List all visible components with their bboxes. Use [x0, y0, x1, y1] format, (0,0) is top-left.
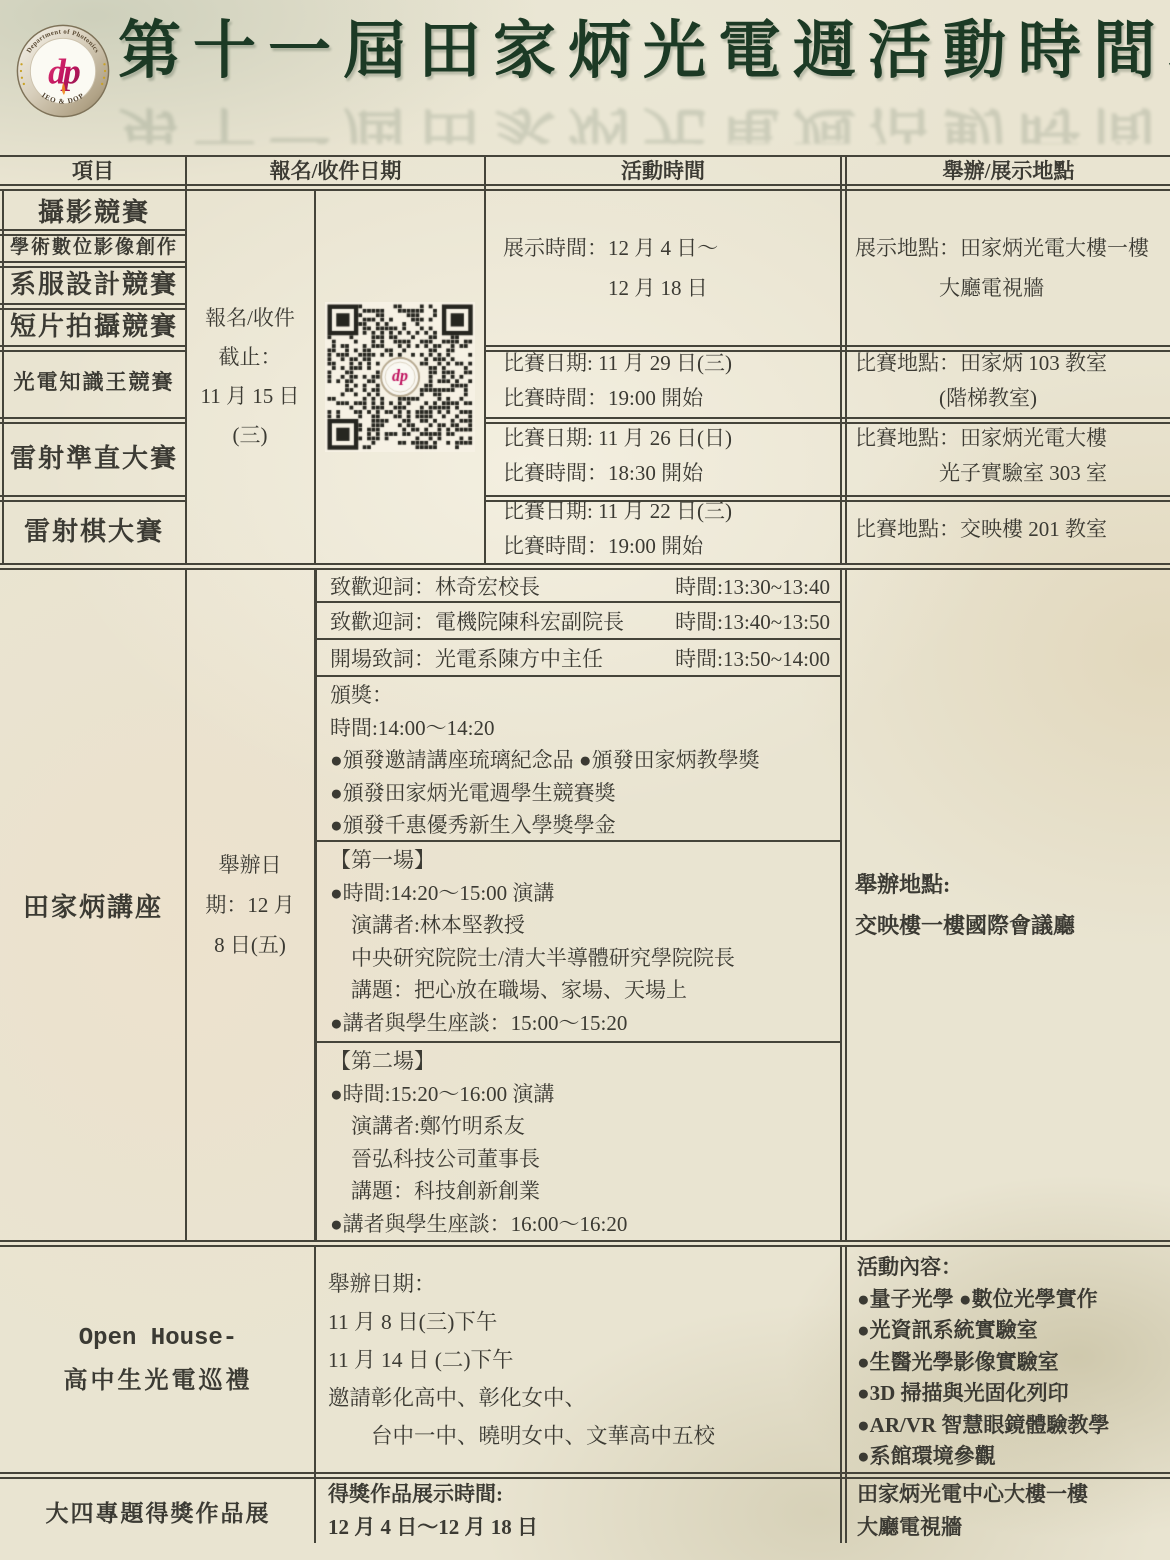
text-line: 11 月 15 日 — [186, 377, 314, 416]
grid-line — [840, 155, 847, 563]
registration-deadline: 報名/收件截止：11 月 15 日(三) — [186, 191, 314, 563]
text-line: 12 月 4 日～12 月 18 日 — [328, 1511, 840, 1544]
grid-line — [840, 1247, 847, 1543]
text-line: 11 月 8 日(三)下午 — [328, 1303, 840, 1341]
competition-item: 雷射棋大賽 — [4, 495, 184, 563]
senior-expo-title: 大四專題得獎作品展 — [0, 1479, 316, 1543]
speech-label: 致歡迎詞：林奇宏校長 — [330, 571, 540, 601]
department-logo: Department of Photonics IEO & DOP dp — [15, 23, 111, 119]
speech-time: 時間:13:50~14:00 — [675, 643, 830, 673]
speech-label: 致歡迎詞：電機院陳科宏副院長 — [330, 606, 624, 636]
text-line: 大廳電視牆 — [857, 1511, 1170, 1544]
display-venue: 展示地點：田家炳光電大樓一樓 大廳電視牆 — [847, 191, 1170, 345]
grid-line — [0, 184, 1170, 191]
match-time: 比賽日期: 11 月 29 日(三)比賽時間：19:00 開始 — [485, 345, 840, 417]
text-line: ●系館環境參觀 — [857, 1441, 1170, 1473]
text-line: 比賽日期: 11 月 26 日(日) — [503, 421, 840, 456]
text-line: 比賽時間：19:00 開始 — [503, 529, 840, 564]
text-line: 晉弘科技公司董事長 — [330, 1143, 830, 1176]
match-venue: 比賽地點：交映樓 201 教室 — [847, 495, 1170, 563]
qr-code-canvas — [325, 302, 475, 452]
senior-expo-venue: 田家炳光電中心大樓一樓大廳電視牆 — [847, 1479, 1170, 1543]
text-line: 活動內容： — [857, 1252, 1170, 1284]
text-line: 截止： — [186, 338, 314, 377]
text-line: 比賽地點：田家炳 103 教室 — [855, 346, 1170, 381]
text-line: 舉辦日 — [186, 845, 314, 885]
text-line: 演講者:鄭竹明系友 — [330, 1110, 830, 1143]
text-line: 期：12 月 — [186, 885, 314, 925]
competition-item: 學術數位影像創作 — [4, 229, 184, 261]
text-line: 【第一場】 — [330, 844, 830, 877]
text-line: 12 月 18 日 — [503, 268, 840, 308]
text-line: 講題：把心放在職場、家場、天場上 — [330, 974, 830, 1007]
match-venue: 比賽地點：田家炳 103 教室 (階梯教室) — [847, 345, 1170, 417]
text-line: 交映樓一樓國際會議廳 — [855, 905, 1170, 946]
text-line: 比賽日期: 11 月 29 日(三) — [503, 346, 840, 381]
column-header-deadline: 報名/收件日期 — [186, 155, 485, 185]
senior-expo-time: 得獎作品展示時間:12 月 4 日～12 月 18 日 — [316, 1479, 840, 1543]
lecture-title: 田家炳講座 — [0, 570, 186, 1240]
text-line: ●頒發邀請講座琉璃紀念品 ●頒發田家炳教學獎 — [330, 744, 830, 777]
competition-item: 短片拍攝競賽 — [4, 303, 184, 345]
text-line: 舉辦日期： — [328, 1265, 840, 1303]
match-venue: 比賽地點：田家炳光電大樓 光子實驗室 303 室 — [847, 417, 1170, 495]
text-line: 演講者:林本堅教授 — [330, 909, 830, 942]
grid-line — [0, 1240, 1170, 1247]
match-time: 比賽日期: 11 月 26 日(日)比賽時間：18:30 開始 — [485, 417, 840, 495]
grid-line — [840, 570, 847, 1240]
text-line: ●AR/VR 智慧眼鏡體驗教學 — [857, 1410, 1170, 1442]
text-line: 得獎作品展示時間: — [328, 1478, 840, 1511]
text-line: 邀請彰化高中、彰化女中、 — [328, 1379, 840, 1417]
text-line: ●生醫光學影像實驗室 — [857, 1347, 1170, 1379]
text-line: ●頒發千惠優秀新生入學獎學金 — [330, 809, 830, 842]
open-house-title-en: Open House- — [0, 1318, 316, 1360]
text-line: ●頒發田家炳光電週學生競賽獎 — [330, 777, 830, 810]
text-line: ●講者與學生座談：15:00～15:20 — [330, 1007, 830, 1040]
speech-label: 開場致詞：光電系陳方中主任 — [330, 643, 603, 673]
speech-time: 時間:13:30~13:40 — [675, 571, 830, 601]
lecture-row-session-1: 【第一場】●時間:14:20～15:00 演講 演講者:林本堅教授 中央研究院院… — [316, 842, 840, 1041]
lecture-row-welcome-2: 致歡迎詞：電機院陳科宏副院長 時間:13:40~13:50 — [316, 603, 840, 638]
text-line: 比賽時間：19:00 開始 — [503, 381, 840, 416]
text-line: ●講者與學生座談：16:00～16:20 — [330, 1208, 830, 1241]
column-header-time: 活動時間 — [485, 155, 841, 185]
text-line: 田家炳光電中心大樓一樓 — [857, 1478, 1170, 1511]
text-line: 展示地點：田家炳光電大樓一樓 — [855, 228, 1170, 268]
text-line: 台中一中、曉明女中、文華高中五校 — [328, 1417, 840, 1455]
text-line: ●量子光學 ●數位光學實作 — [857, 1284, 1170, 1316]
grid-line — [0, 563, 1170, 570]
open-house-title-zh: 高中生光電巡禮 — [0, 1360, 316, 1402]
text-line: ●時間:14:20～15:00 演講 — [330, 877, 830, 910]
competition-item: 攝影競賽 — [4, 191, 184, 229]
text-line: 比賽地點：交映樓 201 教室 — [855, 512, 1170, 547]
text-line: 舉辦地點: — [855, 864, 1170, 905]
text-line: ●光資訊系統實驗室 — [857, 1315, 1170, 1347]
speech-time: 時間:13:40~13:50 — [675, 606, 830, 636]
lecture-row-session-2: 【第二場】●時間:15:20～16:00 演講 演講者:鄭竹明系友 晉弘科技公司… — [316, 1043, 840, 1240]
text-line: 比賽日期: 11 月 22 日(三) — [503, 494, 840, 529]
text-line: 中央研究院院士/清大半導體研究學院院長 — [330, 942, 830, 975]
text-line: 講題：科技創新創業 — [330, 1175, 830, 1208]
column-header-item: 項目 — [0, 155, 186, 185]
page-title: 第十一屆田家炳光電週活動時間表 — [118, 14, 1164, 90]
page-title-reflection: 第十一屆田家炳光電週活動時間表 — [118, 96, 1164, 144]
text-line: (三) — [186, 416, 314, 455]
text-line: 比賽時間：18:30 開始 — [503, 456, 840, 491]
text-line: 光子實驗室 303 室 — [855, 456, 1170, 491]
lecture-venue: 舉辦地點:交映樓一樓國際會議廳 — [847, 570, 1170, 1240]
competition-item: 光電知識王競賽 — [4, 345, 184, 417]
text-line: 【第二場】 — [330, 1045, 830, 1078]
text-line: 報名/收件 — [186, 299, 314, 338]
text-line: 展示時間：12 月 4 日～ — [503, 228, 840, 268]
lecture-row-awards: 頒獎：時間:14:00～14:20●頒發邀請講座琉璃紀念品 ●頒發田家炳教學獎●… — [316, 677, 840, 840]
open-house-schedule: 舉辦日期：11 月 8 日(三)下午11 月 14 日 (二)下午邀請彰化高中、… — [316, 1247, 840, 1472]
open-house-activities: 活動內容：●量子光學 ●數位光學實作●光資訊系統實驗室●生醫光學影像實驗室●3D… — [847, 1247, 1170, 1472]
competition-item: 系服設計競賽 — [4, 261, 184, 303]
text-line: ●3D 掃描與光固化列印 — [857, 1378, 1170, 1410]
match-time: 比賽日期: 11 月 22 日(三)比賽時間：19:00 開始 — [485, 495, 840, 563]
event-schedule-poster: Department of Photonics IEO & DOP dp 第十一… — [0, 0, 1170, 1560]
department-logo-svg: Department of Photonics IEO & DOP dp — [15, 23, 111, 119]
lecture-row-opening: 開場致詞：光電系陳方中主任 時間:13:50~14:00 — [316, 640, 840, 675]
text-line: 大廳電視牆 — [855, 268, 1170, 308]
lecture-row-welcome-1: 致歡迎詞：林奇宏校長 時間:13:30~13:40 — [316, 570, 840, 601]
text-line: (階梯教室) — [855, 381, 1170, 416]
column-header-venue: 舉辦/展示地點 — [847, 155, 1170, 185]
display-time: 展示時間：12 月 4 日～ 12 月 18 日 — [485, 191, 840, 345]
text-line: 11 月 14 日 (二)下午 — [328, 1341, 840, 1379]
text-line: 頒獎： — [330, 679, 830, 712]
text-line: 8 日(五) — [186, 925, 314, 965]
text-line: 比賽地點：田家炳光電大樓 — [855, 421, 1170, 456]
qr-code-cell — [316, 191, 484, 563]
lecture-date: 舉辦日期：12 月8 日(五) — [186, 570, 314, 1240]
competition-item: 雷射準直大賽 — [4, 417, 184, 495]
text-line: ●時間:15:20～16:00 演講 — [330, 1078, 830, 1111]
text-line: 時間:14:00～14:20 — [330, 712, 830, 745]
open-house-title: Open House- 高中生光電巡禮 — [0, 1247, 316, 1472]
